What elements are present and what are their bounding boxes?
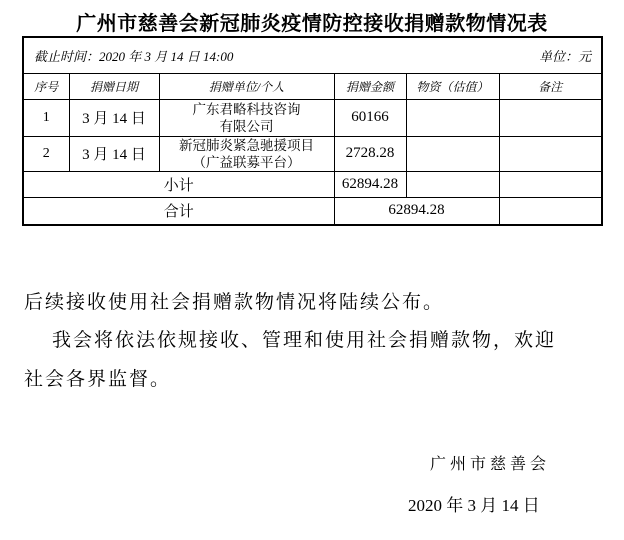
subtotal-amount: 62894.28: [334, 171, 406, 197]
total-label: 合计: [23, 197, 334, 225]
table-header-row: 序号 捐赠日期 捐赠单位/个人 捐赠金额 物资（估值） 备注: [23, 73, 602, 99]
header-materials: 物资（估值）: [406, 73, 499, 99]
row1-amount: 60166: [334, 99, 406, 136]
row2-date: 3 月 14 日: [69, 136, 159, 171]
signature-date: 2020 年 3 月 14 日: [408, 491, 540, 516]
deadline-text: 截止时间：2020 年 3 月 14 日 14:00: [34, 46, 233, 65]
row1-donor-line2: 有限公司: [160, 118, 334, 135]
page-title: 广州市慈善会新冠肺炎疫情防控接收捐赠款物情况表: [0, 7, 624, 36]
row2-materials: [406, 136, 499, 171]
header-donor: 捐赠单位/个人: [159, 73, 334, 99]
donation-table: 截止时间：2020 年 3 月 14 日 14:00 单位：元 序号 捐赠日期 …: [22, 36, 603, 226]
row1-materials: [406, 99, 499, 136]
signature-organization: 广州市慈善会: [430, 451, 550, 474]
header-serial-no: 序号: [23, 73, 69, 99]
row2-donor-line2: （广益联募平台）: [160, 154, 334, 171]
announcement-paragraph-1: 后续接收使用社会捐赠款物情况将陆续公布。: [24, 283, 576, 322]
total-remark: [499, 197, 602, 225]
unit-text: 单位：元: [539, 46, 591, 65]
row2-donor-line1: 新冠肺炎紧急驰援项目: [160, 137, 334, 154]
row1-serial-no: 1: [23, 99, 69, 136]
table-meta-cell: 截止时间：2020 年 3 月 14 日 14:00 单位：元: [23, 37, 602, 73]
row2-amount: 2728.28: [334, 136, 406, 171]
header-amount: 捐赠金额: [334, 73, 406, 99]
row2-serial-no: 2: [23, 136, 69, 171]
table-row: 1 3 月 14 日 广东君略科技咨询 有限公司 60166: [23, 99, 602, 136]
subtotal-materials: [406, 171, 499, 197]
table-meta-row: 截止时间：2020 年 3 月 14 日 14:00 单位：元: [23, 37, 602, 73]
table-row: 2 3 月 14 日 新冠肺炎紧急驰援项目 （广益联募平台） 2728.28: [23, 136, 602, 171]
header-donation-date: 捐赠日期: [69, 73, 159, 99]
row1-donor-line1: 广东君略科技咨询: [160, 101, 334, 118]
total-row: 合计 62894.28: [23, 197, 602, 225]
announcement-paragraph-2: 我会将依法依规接收、管理和使用社会捐赠款物，欢迎社会各界监督。: [24, 321, 576, 399]
row1-date: 3 月 14 日: [69, 99, 159, 136]
row1-remark: [499, 99, 602, 136]
subtotal-remark: [499, 171, 602, 197]
subtotal-label: 小计: [23, 171, 334, 197]
subtotal-row: 小计 62894.28: [23, 171, 602, 197]
row1-donor: 广东君略科技咨询 有限公司: [159, 99, 334, 136]
row2-remark: [499, 136, 602, 171]
row2-donor: 新冠肺炎紧急驰援项目 （广益联募平台）: [159, 136, 334, 171]
total-amount: 62894.28: [334, 197, 499, 225]
document-page: 广州市慈善会新冠肺炎疫情防控接收捐赠款物情况表 截止时间：2020 年 3 月 …: [0, 0, 624, 540]
header-remark: 备注: [499, 73, 602, 99]
